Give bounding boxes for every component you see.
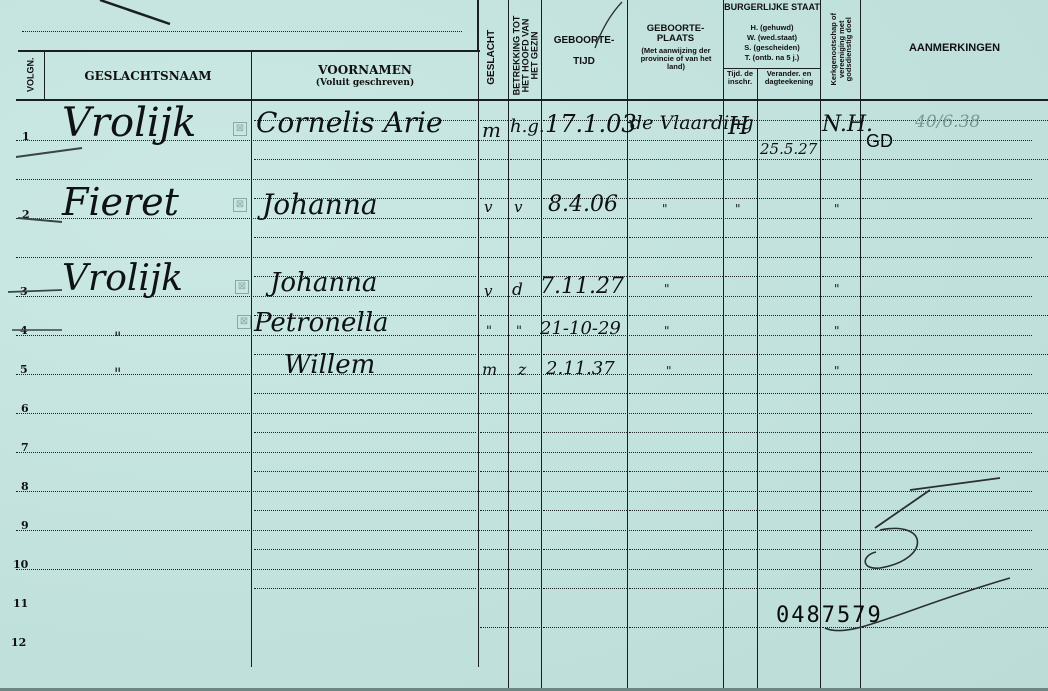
serial-number-stamp: 0487579: [776, 603, 883, 628]
pen-strokes: [0, 0, 1048, 691]
registration-card: VOLGN. GESLACHTSNAAM VOORNAMEN (Voluit g…: [0, 0, 1048, 691]
